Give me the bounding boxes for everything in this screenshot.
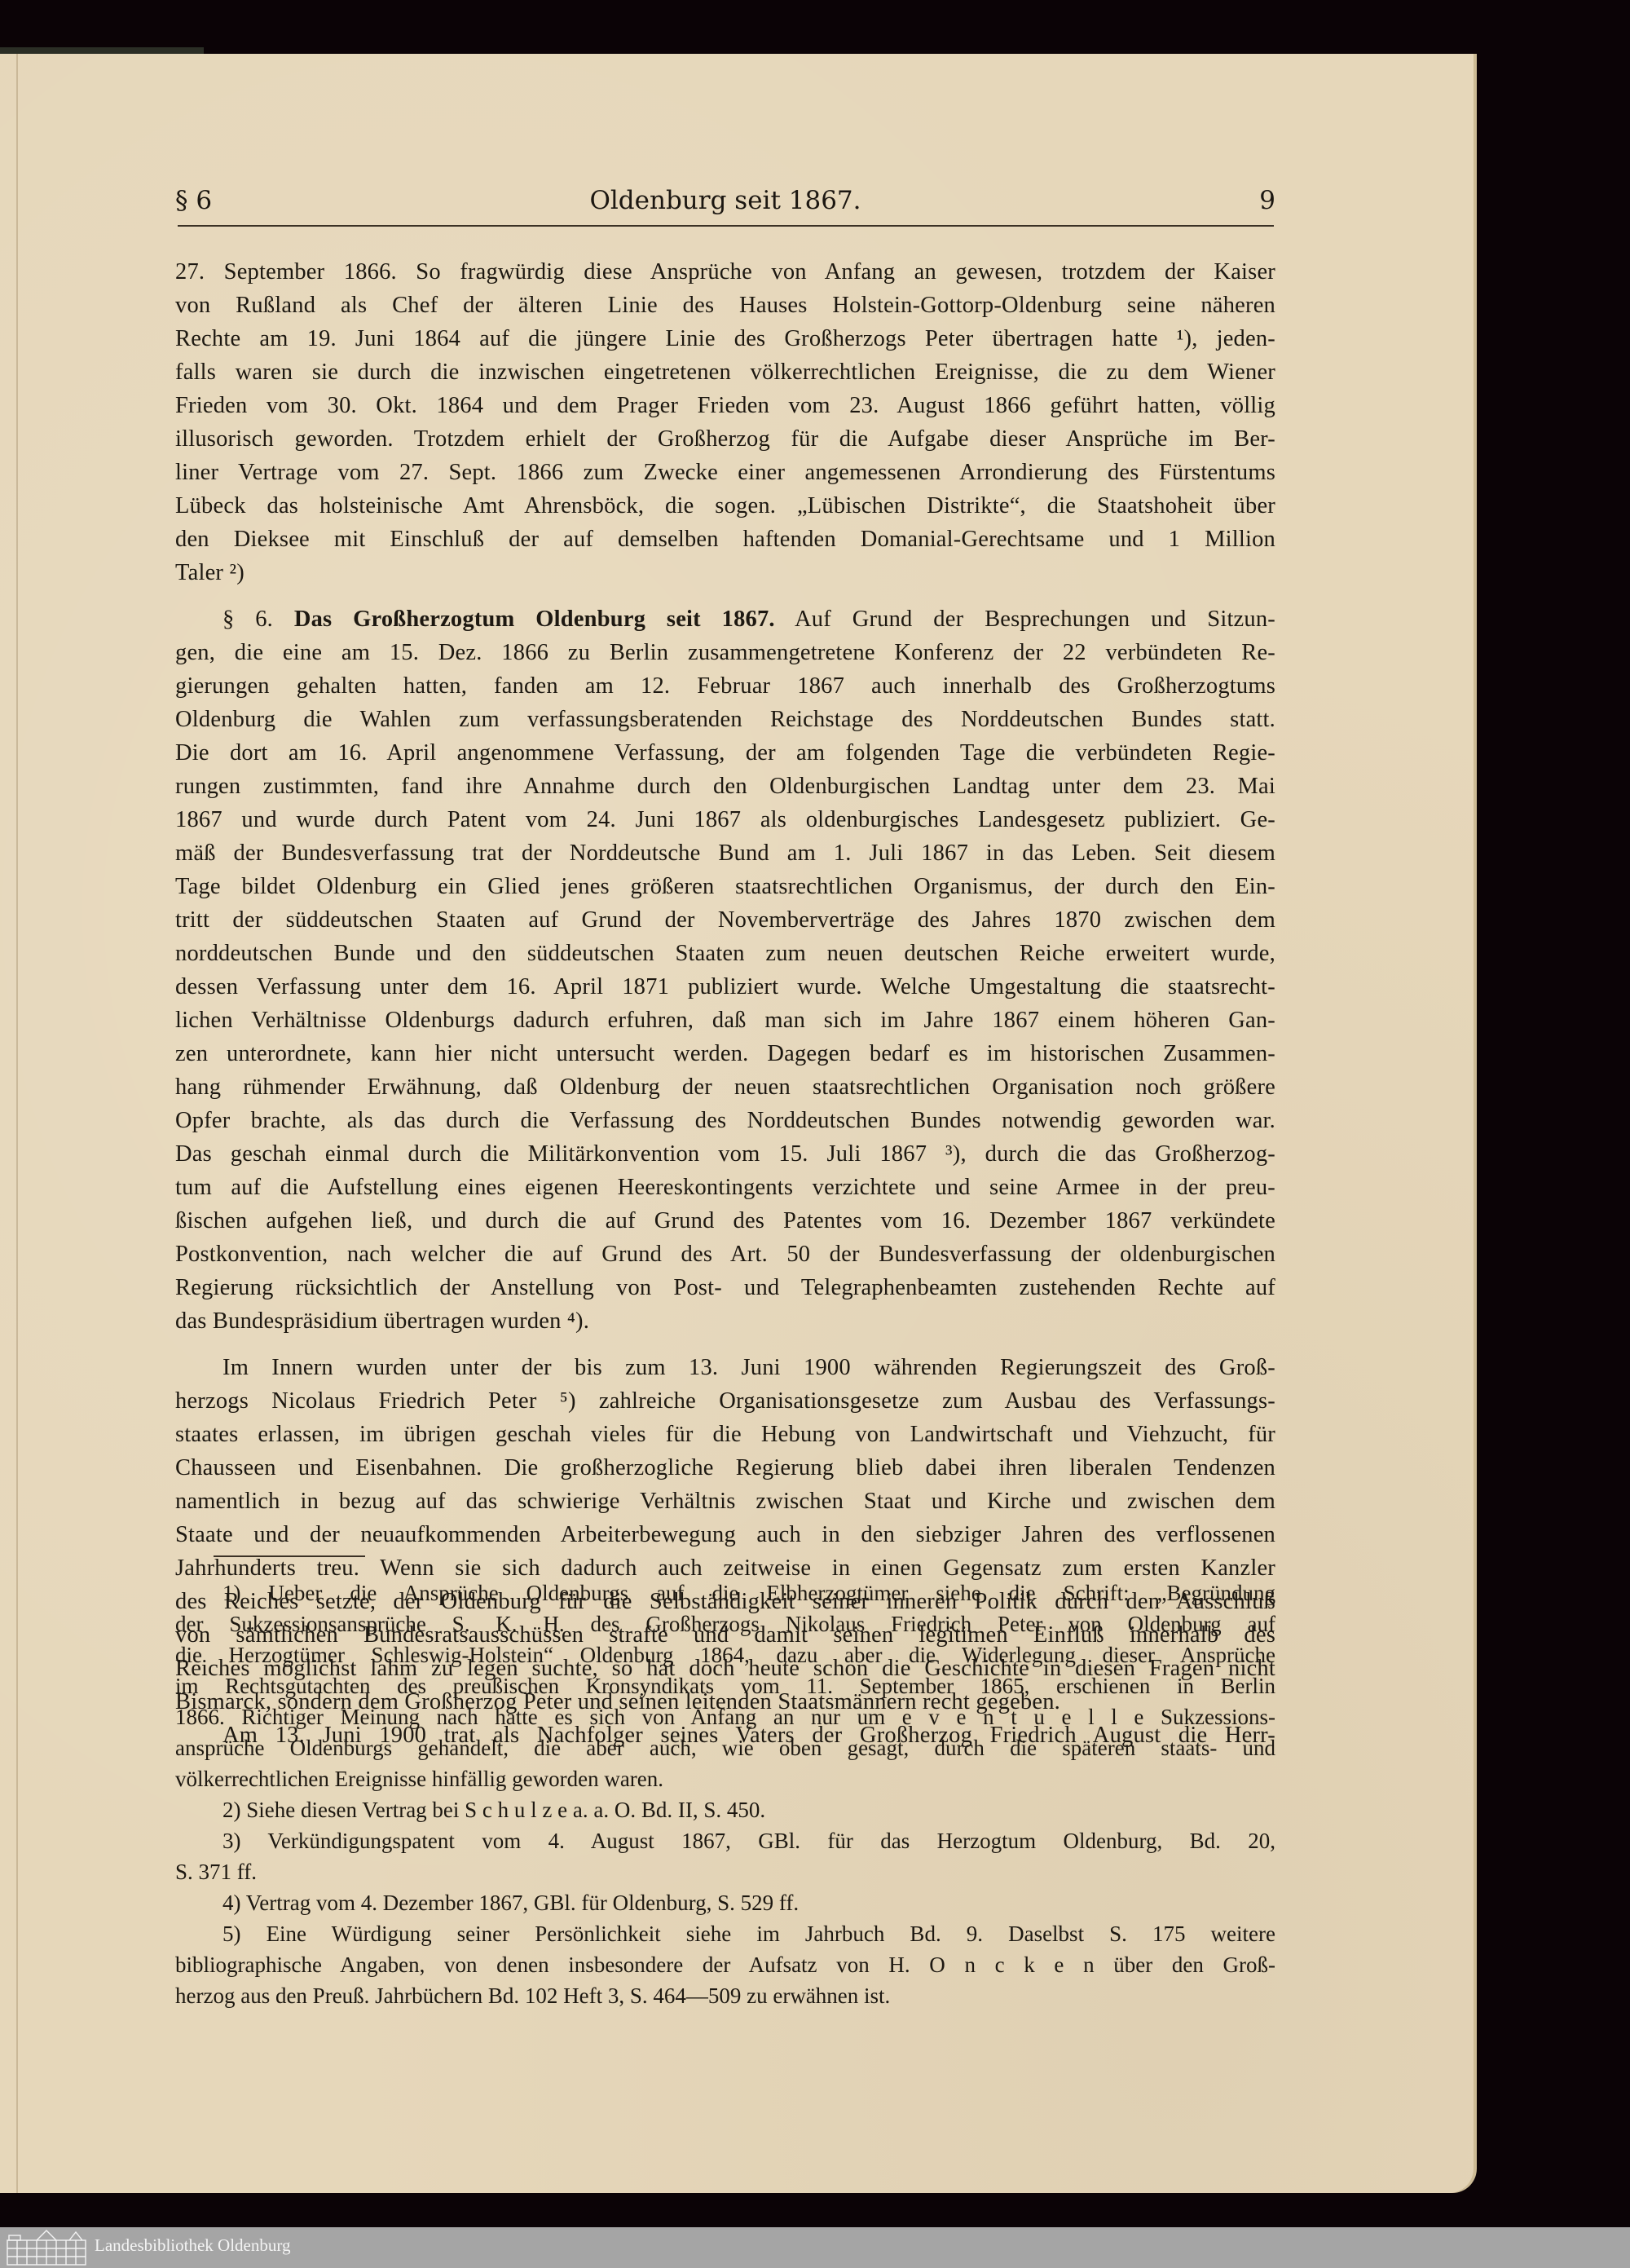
text-line: liner Vertrage vom 27. Sept. 1866 zum Zw… <box>175 456 1275 489</box>
footnote-line: 1) Ueber die Ansprüche Oldenburgs auf di… <box>175 1577 1275 1608</box>
footnote-2: 2) Siehe diesen Vertrag bei S c h u l z … <box>175 1794 1275 1825</box>
footnote-line: 1866. Richtiger Meinung nach hatte es si… <box>175 1701 1275 1732</box>
running-header: § 6 Oldenburg seit 1867. 9 <box>175 186 1275 222</box>
text-line: staates erlassen, im übrigen geschah vie… <box>175 1418 1275 1451</box>
text-line: rungen zustimmten, fand ihre Annahme dur… <box>175 770 1275 803</box>
page-fold-line <box>16 54 18 2193</box>
text-line: Tage bildet Oldenburg ein Glied jenes gr… <box>175 870 1275 903</box>
footnote-separator <box>214 1555 365 1557</box>
text-line: den Dieksee mit Einschluß der auf demsel… <box>175 523 1275 556</box>
footnote-line: die Herzogtümer Schleswig-Holstein“ Olde… <box>175 1639 1275 1670</box>
paragraph-1: 27. September 1866. So fragwürdig diese … <box>175 255 1275 589</box>
paragraph-2: § 6. Das Großherzogtum Oldenburg seit 18… <box>175 602 1275 1338</box>
footnote-line: der Sukzessionsansprüche S. K. H. des Gr… <box>175 1608 1275 1639</box>
text-line: tum auf die Aufstellung eines eigenen He… <box>175 1171 1275 1204</box>
text-line: Rechte am 19. Juni 1864 auf die jüngere … <box>175 322 1275 355</box>
text-line: gen, die eine am 15. Dez. 1866 zu Berlin… <box>175 636 1275 669</box>
text-line: Staate und der neuaufkommenden Arbeiterb… <box>175 1518 1275 1551</box>
text-line: lichen Verhältnisse Oldenburgs dadurch e… <box>175 1004 1275 1037</box>
text-line: herzogs Nicolaus Friedrich Peter ⁵) zahl… <box>175 1384 1275 1418</box>
library-name: Landesbibliothek Oldenburg <box>95 2235 291 2256</box>
library-building-icon <box>6 2229 87 2266</box>
page-number: 9 <box>1259 186 1275 215</box>
main-text: 27. September 1866. So fragwürdig diese … <box>175 255 1275 1752</box>
text-line: zen unterordnete, kann hier nicht unters… <box>175 1037 1275 1070</box>
text-line: mäß der Bundesverfassung trat der Nordde… <box>175 836 1275 870</box>
text-line: illusorisch geworden. Trotzdem erhielt d… <box>175 422 1275 456</box>
text-run: Auf Grund der Besprechungen und Sitzun- <box>795 607 1275 632</box>
text-line: das Bundespräsidium übertragen wurden ⁴)… <box>175 1304 1275 1338</box>
footnote-line: 3) Verkündigungspatent vom 4. August 186… <box>175 1825 1275 1856</box>
footnote-1: 1) Ueber die Ansprüche Oldenburgs auf di… <box>175 1577 1275 1794</box>
footnote-line: im Rechtsgutachten des preußischen Krons… <box>175 1670 1275 1701</box>
text-line: Taler ²) <box>175 556 1275 589</box>
footnote-4: 4) Vertrag vom 4. Dezember 1867, GBl. fü… <box>175 1887 1275 1918</box>
text-line: Das geschah einmal durch die Militärkonv… <box>175 1137 1275 1171</box>
footnote-3: 3) Verkündigungspatent vom 4. August 186… <box>175 1825 1275 1887</box>
text-line: Opfer brachte, als das durch die Verfass… <box>175 1104 1275 1137</box>
text-line: hang rühmender Erwähnung, daß Oldenburg … <box>175 1070 1275 1104</box>
footnote-line: S. 371 ff. <box>175 1856 1275 1887</box>
footnote-line: herzog aus den Preuß. Jahrbüchern Bd. 10… <box>175 1980 1275 2011</box>
running-title: Oldenburg seit 1867. <box>175 186 1275 215</box>
text-line: Lübeck das holsteinische Amt Ahrensböck,… <box>175 489 1275 523</box>
text-line: Regierung rücksichtlich der Anstellung v… <box>175 1271 1275 1304</box>
section-number: § 6. <box>222 607 273 632</box>
text-line: tritt der süddeutschen Staaten auf Grund… <box>175 903 1275 937</box>
header-rule <box>178 225 1274 227</box>
text-line: dessen Verfassung unter dem 16. April 18… <box>175 970 1275 1004</box>
section-heading: Das Großherzogtum Oldenburg seit 1867. <box>294 607 775 632</box>
text-line: 27. September 1866. So fragwürdig diese … <box>175 255 1275 289</box>
text-line: ßischen aufgehen ließ, und durch die auf… <box>175 1204 1275 1238</box>
footnotes: 1) Ueber die Ansprüche Oldenburgs auf di… <box>175 1577 1275 2011</box>
footnote-5: 5) Eine Würdigung seiner Persönlichkeit … <box>175 1918 1275 2011</box>
text-line: Frieden vom 30. Okt. 1864 und dem Prager… <box>175 389 1275 422</box>
footnote-line: 5) Eine Würdigung seiner Persönlichkeit … <box>175 1918 1275 1949</box>
text-line: namentlich in bezug auf das schwierige V… <box>175 1485 1275 1518</box>
text-line: falls waren sie durch die inzwischen ein… <box>175 355 1275 389</box>
text-line: Postkonvention, nach welcher die auf Gru… <box>175 1238 1275 1271</box>
footnote-line: bibliographische Angaben, von denen insb… <box>175 1949 1275 1980</box>
text-line: Die dort am 16. April angenommene Verfas… <box>175 736 1275 770</box>
section-heading-line: § 6. Das Großherzogtum Oldenburg seit 18… <box>175 602 1275 636</box>
footnote-line: ansprüche Oldenburgs gehandelt, die aber… <box>175 1732 1275 1763</box>
text-line: Oldenburg die Wahlen zum verfassungsbera… <box>175 703 1275 736</box>
footnote-line: 4) Vertrag vom 4. Dezember 1867, GBl. fü… <box>175 1887 1275 1918</box>
footnote-line: 2) Siehe diesen Vertrag bei S c h u l z … <box>175 1794 1275 1825</box>
text-line: gierungen gehalten hatten, fanden am 12.… <box>175 669 1275 703</box>
text-line: Chausseen und Eisenbahnen. Die großherzo… <box>175 1451 1275 1485</box>
footnote-line: völkerrechtlichen Ereignisse hinfällig g… <box>175 1763 1275 1794</box>
text-line: Im Innern wurden unter der bis zum 13. J… <box>175 1351 1275 1384</box>
text-line: norddeutschen Bunde und den süddeutschen… <box>175 937 1275 970</box>
text-line: 1867 und wurde durch Patent vom 24. Juni… <box>175 803 1275 836</box>
library-footer-bar: Landesbibliothek Oldenburg <box>0 2227 1630 2268</box>
text-line: von Rußland als Chef der älteren Linie d… <box>175 289 1275 322</box>
